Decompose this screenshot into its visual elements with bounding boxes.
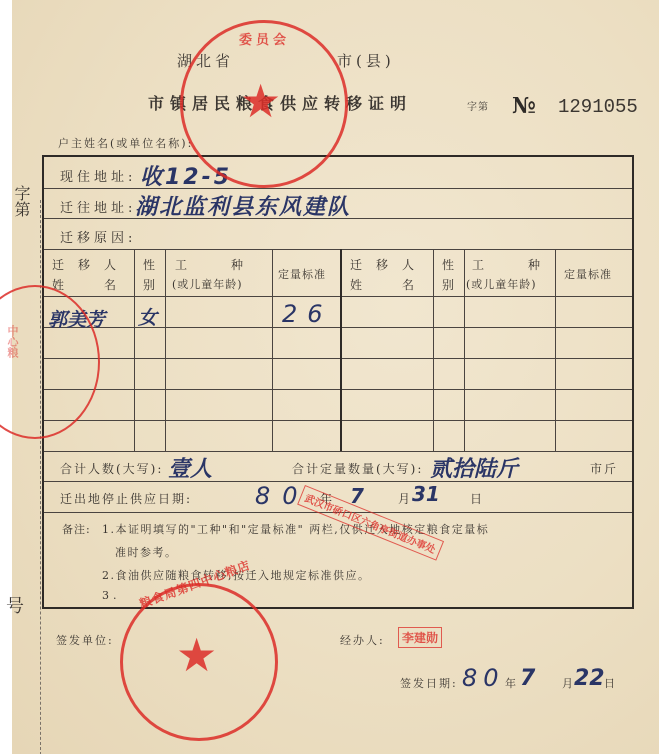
col-line xyxy=(433,249,434,451)
col-header-name-1: 迁 移 人 xyxy=(52,256,117,273)
stop-day-label: 日 xyxy=(470,490,486,507)
table-header-bottom xyxy=(44,296,632,297)
total-people-label: 合计人数(大写): xyxy=(60,460,163,477)
col-header-job-1: 工 种 xyxy=(472,256,542,273)
col-line-center xyxy=(340,249,342,451)
table-row-line xyxy=(44,420,632,421)
serial-number: 1291055 xyxy=(558,96,638,118)
issue-date-label: 签发日期: xyxy=(400,675,458,691)
col-header-gender-2: 别 xyxy=(442,276,458,293)
table-row-line xyxy=(44,389,632,390)
col-line xyxy=(464,249,465,451)
margin-char-bottom: 号 xyxy=(6,592,24,618)
issue-day-label: 日 xyxy=(604,675,619,691)
reason-label: 迁移原因: xyxy=(60,227,136,246)
margin-char-top: 字第 xyxy=(10,185,33,217)
total-quota-value: 贰拾陆斤 xyxy=(430,452,518,483)
destination-value: 湖北监利县东风建队 xyxy=(135,190,351,221)
handler-seal: 李建勋 xyxy=(398,627,442,648)
col-header-name-1: 迁 移 人 xyxy=(350,256,415,273)
row-divider xyxy=(44,249,632,250)
col-header-gender-1: 性 xyxy=(143,256,159,273)
col-line xyxy=(165,249,166,451)
frame-top xyxy=(42,155,634,157)
serial-prefix: 字第 xyxy=(467,98,489,113)
row-divider xyxy=(44,218,632,219)
stop-date-label: 迁出地停止供应日期: xyxy=(60,490,192,507)
serial-symbol: № xyxy=(512,93,536,119)
issue-year-label: 年 xyxy=(505,675,520,691)
col-header-quota: 定量标准 xyxy=(564,266,612,282)
handler-label: 经办人: xyxy=(340,632,385,648)
col-header-job-2: (或儿童年龄) xyxy=(466,276,537,292)
col-header-job-1: 工 种 xyxy=(175,256,245,273)
stamp-text: 中心粮 xyxy=(4,325,20,358)
stamp-text: 委员会 xyxy=(239,29,290,48)
notes-line-3: 3. xyxy=(102,589,121,602)
total-quota-unit: 市斤 xyxy=(590,460,618,477)
col-header-job-2: (或儿童年龄) xyxy=(172,276,243,292)
star-icon: ★ xyxy=(176,632,217,678)
frame-right xyxy=(632,155,634,609)
col-header-name-2: 姓 名 xyxy=(52,276,117,293)
star-icon: ★ xyxy=(240,78,281,124)
destination-label: 迁往地址: xyxy=(60,197,136,216)
row1-quota: 26 xyxy=(282,300,333,328)
col-header-gender-1: 性 xyxy=(442,256,458,273)
issue-year: 80 xyxy=(462,664,505,692)
total-quota-label: 合计定量数量(大写): xyxy=(292,460,423,477)
notes-line-1b: 准时参考。 xyxy=(115,544,178,560)
stop-day: 31 xyxy=(412,482,440,506)
table-row-line xyxy=(44,327,632,328)
issuer-label: 签发单位: xyxy=(56,632,114,648)
top-round-stamp: ★ 委员会 xyxy=(180,20,348,188)
frame-bottom xyxy=(42,607,634,609)
issue-day: 22 xyxy=(574,666,605,691)
row-divider xyxy=(44,481,632,482)
city-county-label: 市(县) xyxy=(337,50,395,71)
row-divider xyxy=(44,188,632,189)
col-line xyxy=(134,249,135,451)
table-row-line xyxy=(44,358,632,359)
current-address-label: 现住地址: xyxy=(60,166,136,185)
col-line xyxy=(272,249,273,451)
col-header-name-2: 姓 名 xyxy=(350,276,415,293)
notes-line-1: 1.本证明填写的"工种"和"定量标准" 两栏,仅供迁入地核定粮食定量标 xyxy=(102,521,489,537)
col-header-gender-2: 别 xyxy=(143,276,159,293)
issue-month: 7 xyxy=(520,666,535,691)
total-people-value: 壹人 xyxy=(168,452,212,483)
perforation-line xyxy=(40,200,41,754)
row1-gender: 女 xyxy=(138,303,157,330)
notes-label: 备注: xyxy=(62,521,91,537)
household-head-label: 户主姓名(或单位名称): xyxy=(58,135,193,151)
table-bottom xyxy=(44,451,632,452)
bottom-round-stamp: ★ 粮食局第四中心粮店 xyxy=(120,583,278,741)
col-header-quota: 定量标准 xyxy=(278,266,326,282)
col-line xyxy=(555,249,556,451)
